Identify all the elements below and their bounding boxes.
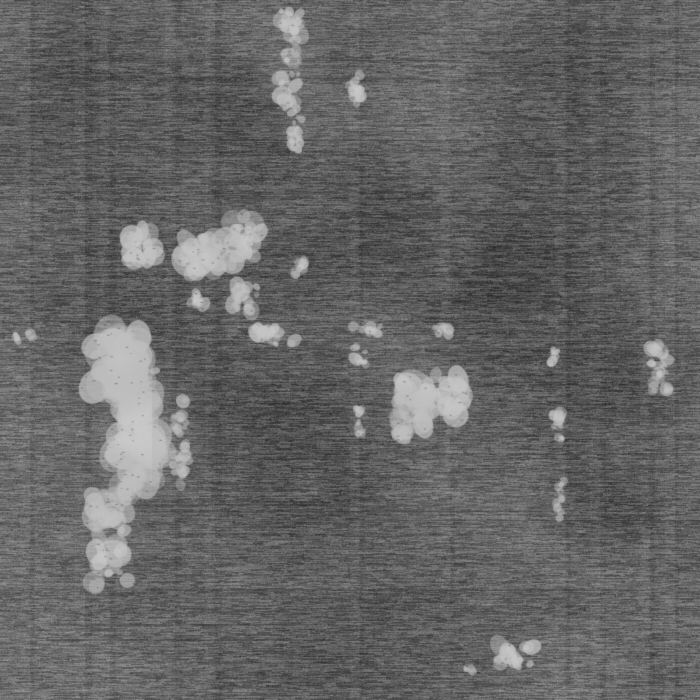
texture-image: Distressed grayscale textured surface re… (0, 0, 700, 700)
distressed-texture-canvas (0, 0, 700, 700)
